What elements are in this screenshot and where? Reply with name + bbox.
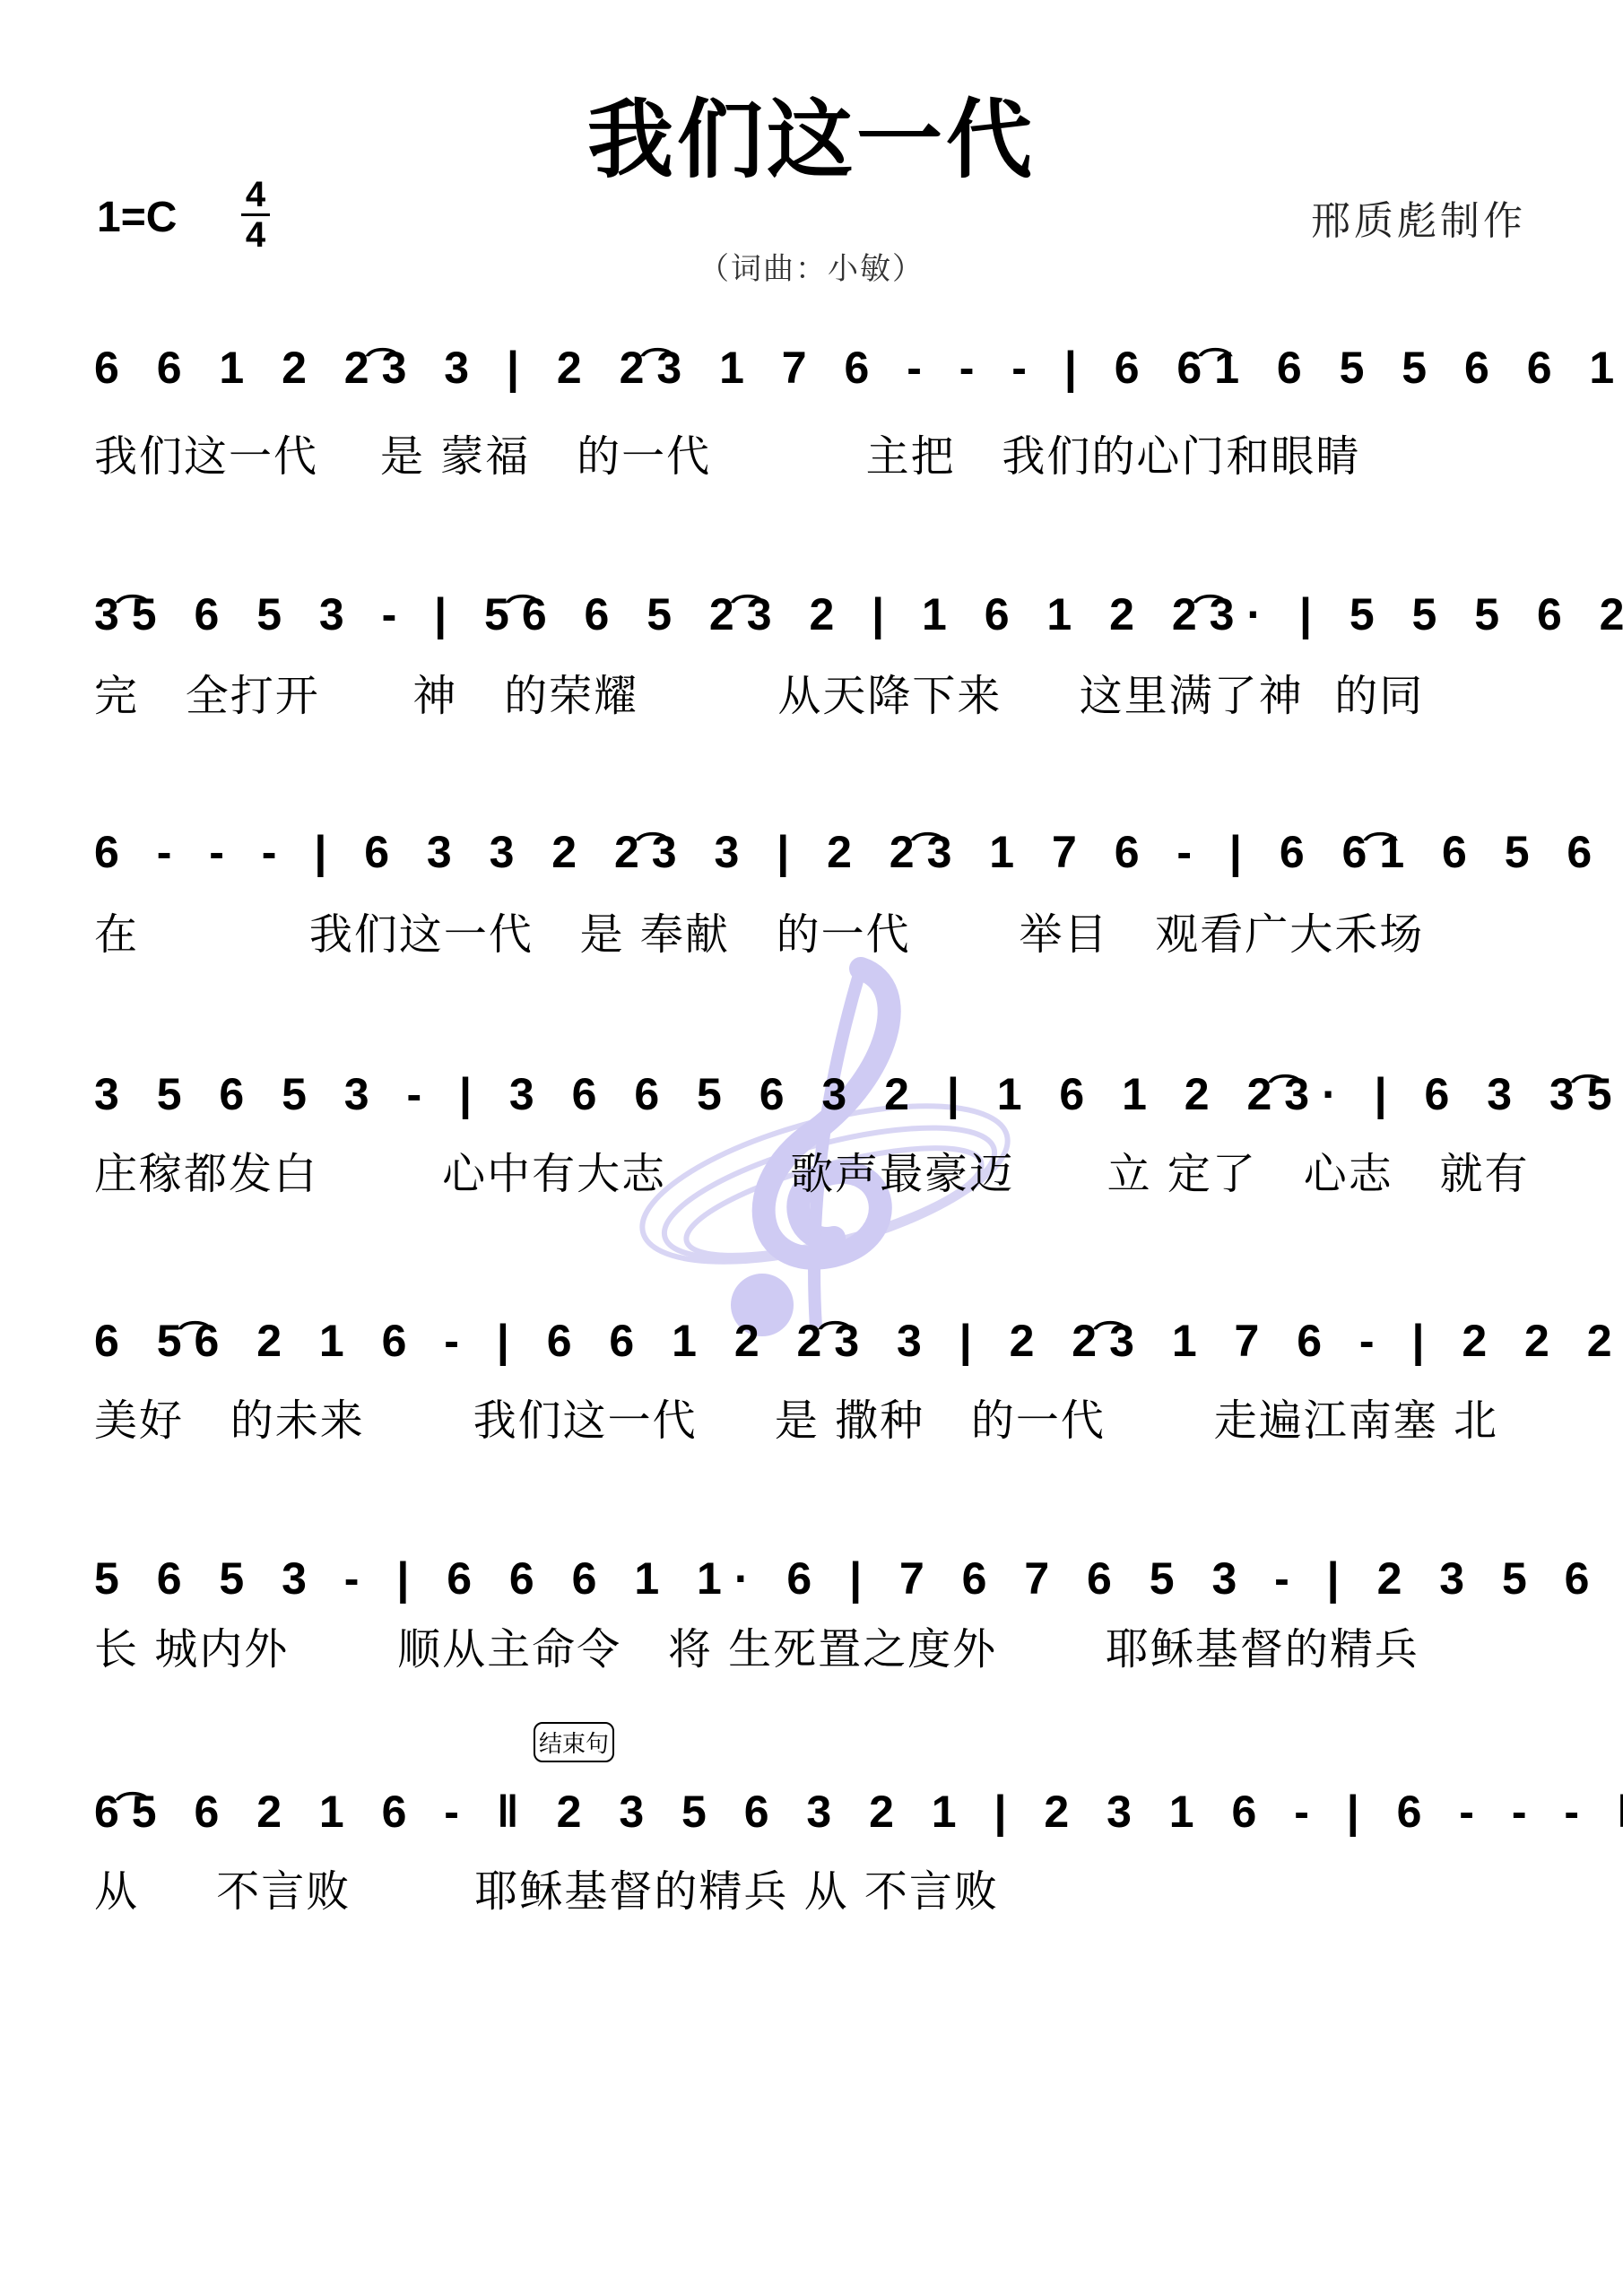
maker-credit: 邢质彪制作: [1311, 188, 1526, 246]
notes-line-1: 6 6 1 2 2͡3 3 | 2 2͡3 1 7 6 - - - | 6 6͡…: [94, 318, 1547, 417]
notes-line-3: 6 - - - | 6 3 3 2 2͡3 3 | 2 2͡3 1 7 6 - …: [94, 803, 1547, 901]
song-title: 我们这一代: [0, 97, 1623, 183]
lyrics-line-4: 庄稼都发白 心中有大志 歌声最豪迈 立 定了 心志 就有: [94, 1152, 1529, 1196]
score-line-5: 6 5͡6 2 1 6 - | 6 6 1 2 2͡3 3 | 2 2͡3 1 …: [94, 1291, 1547, 1390]
lyrics-line-5: 美好 的未来 我们这一代 是 撒种 的一代 走遍江南塞 北: [94, 1399, 1498, 1442]
lyrics-line-1: 我们这一代 是 蒙福 的一代 主把 我们的心门和眼睛: [94, 435, 1360, 478]
notes-line-4: 3 5 6 5 3 - | 3 6 6 5 6 3 2 | 1 6 1 2 2͡…: [94, 1045, 1547, 1144]
lyrics-music-credit: （词曲：小敏）: [0, 244, 1623, 288]
time-signature: 4 4: [238, 178, 273, 252]
lyrics-line-6: 长 城内外 顺从主命令 将 生死置之度外 耶稣基督的精兵: [94, 1628, 1419, 1671]
time-signature-top: 4: [238, 178, 273, 212]
notes-line-7: 6͡5 6 2 1 6 - ‖ 2 3 5 6 3 2 1 | 2 3 1 6 …: [94, 1762, 1547, 1861]
score-line-3: 6 - - - | 6 3 3 2 2͡3 3 | 2 2͡3 1 7 6 - …: [94, 803, 1547, 901]
lyrics-line-3: 在 我们这一代 是 奉献 的一代 举目 观看广大禾场: [94, 913, 1424, 956]
lyrics-line-7: 从 不言败 耶稣基督的精兵 从 不言败: [94, 1870, 999, 1913]
score-line-2: 3͡5 6 5 3 - | 5͡6 6 5 2͡3 2 | 1 6 1 2 2͡…: [94, 565, 1547, 664]
notes-line-5: 6 5͡6 2 1 6 - | 6 6 1 2 2͡3 3 | 2 2͡3 1 …: [94, 1291, 1547, 1390]
key-signature: 1=C: [97, 193, 177, 242]
score-line-4: 3 5 6 5 3 - | 3 6 6 5 6 3 2 | 1 6 1 2 2͡…: [94, 1045, 1547, 1144]
notes-line-2: 3͡5 6 5 3 - | 5͡6 6 5 2͡3 2 | 1 6 1 2 2͡…: [94, 565, 1547, 664]
score-line-7: 6͡5 6 2 1 6 - ‖ 2 3 5 6 3 2 1 | 2 3 1 6 …: [94, 1762, 1547, 1861]
lyrics-line-2: 完 全打开 神 的荣耀 从天降下来 这里满了神 的同: [94, 674, 1424, 717]
notes-line-6: 5 6 5 3 - | 6 6 6 1 1· 6 | 7 6 7 6 5 3 -…: [94, 1529, 1547, 1628]
score-line-6: 5 6 5 3 - | 6 6 6 1 1· 6 | 7 6 7 6 5 3 -…: [94, 1529, 1547, 1628]
ending-phrase-tag: 结束句: [534, 1722, 614, 1762]
score-line-1: 6 6 1 2 2͡3 3 | 2 2͡3 1 7 6 - - - | 6 6͡…: [94, 318, 1547, 417]
